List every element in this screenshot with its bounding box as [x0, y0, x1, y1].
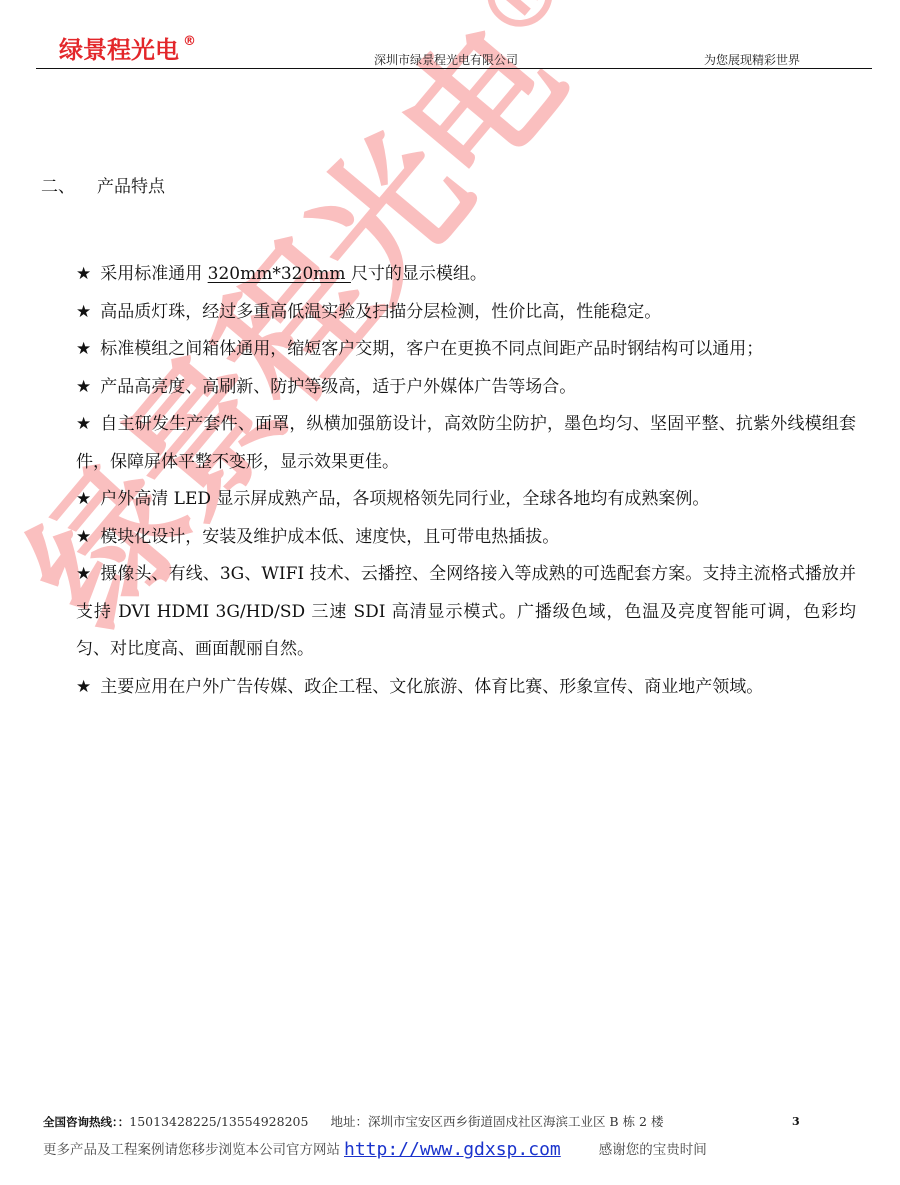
star-bullet-icon: ★	[76, 527, 91, 547]
hotline-numbers: 15013428225/13554928205	[129, 1114, 308, 1129]
feature-list: ★采用标准通用 320mm*320mm 尺寸的显示模组。 ★高品质灯珠，经过多重…	[76, 256, 856, 706]
feature-item: ★户外高清 LED 显示屏成熟产品，各项规格领先同行业，全球各地均有成熟案例。	[76, 481, 856, 519]
footer-contact-line: 全国咨询热线：：15013428225/13554928205地址：深圳市宝安区…	[43, 1112, 663, 1130]
star-bullet-icon: ★	[76, 564, 91, 584]
footer-website-line: 更多产品及工程案例请您移步浏览本公司官方网站http://www.gdxsp.c…	[43, 1138, 707, 1160]
feature-item: ★摄像头、有线、3G、WIFI 技术、云播控、全网络接入等成熟的可选配套方案。支…	[76, 556, 856, 669]
feature-text: 标准模组之间箱体通用，缩短客户交期，客户在更换不同点间距产品时钢结构可以通用；	[100, 339, 763, 359]
star-bullet-icon: ★	[76, 414, 91, 434]
star-bullet-icon: ★	[76, 339, 91, 359]
feature-text: 自主研发生产套件、面罩，纵横加强筋设计，高效防尘防护，墨色均匀、坚固平整、抗紫外…	[76, 414, 856, 472]
document-page: 绿景程光电® 绿景程光电 ® 深圳市绿景程光电有限公司 为您展现精彩世界 二、产…	[0, 0, 900, 1185]
feature-text: 高品质灯珠，经过多重高低温实验及扫描分层检测，性价比高，性能稳定。	[100, 302, 661, 322]
feature-item: ★采用标准通用 320mm*320mm 尺寸的显示模组。	[76, 256, 856, 294]
feature-text: 采用标准通用	[100, 264, 207, 284]
feature-text: 户外高清 LED 显示屏成熟产品，各项规格领先同行业，全球各地均有成熟案例。	[100, 489, 709, 509]
company-logo: 绿景程光电 ®	[59, 36, 179, 64]
header-divider	[36, 68, 872, 69]
feature-item: ★高品质灯珠，经过多重高低温实验及扫描分层检测，性价比高，性能稳定。	[76, 294, 856, 332]
feature-text: 产品高亮度、高刷新、防护等级高，适于户外媒体广告等场合。	[100, 377, 576, 397]
section-title: 产品特点	[97, 177, 165, 197]
feature-text: 摄像头、有线、3G、WIFI 技术、云播控、全网络接入等成熟的可选配套方案。支持…	[76, 564, 856, 659]
section-number: 二、	[41, 175, 97, 199]
star-bullet-icon: ★	[76, 302, 91, 322]
feature-text: 模块化设计，安装及维护成本低、速度快，且可带电热插拔。	[100, 527, 559, 547]
star-bullet-icon: ★	[76, 264, 91, 284]
star-bullet-icon: ★	[76, 489, 91, 509]
page-number: 3	[792, 1115, 800, 1128]
feature-item: ★产品高亮度、高刷新、防护等级高，适于户外媒体广告等场合。	[76, 369, 856, 407]
module-size-spec: 320mm*320mm	[208, 264, 351, 284]
feature-item: ★主要应用在户外广告传媒、政企工程、文化旅游、体育比赛、形象宣传、商业地产领域。	[76, 669, 856, 707]
company-address: 地址：深圳市宝安区西乡街道固戍社区海滨工业区 B 栋 2 楼	[330, 1114, 663, 1129]
hotline-label: 全国咨询热线：：	[43, 1115, 129, 1129]
section-heading: 二、产品特点	[41, 175, 165, 199]
thanks-text: 感谢您的宝贵时间	[599, 1142, 707, 1158]
star-bullet-icon: ★	[76, 677, 91, 697]
feature-item: ★标准模组之间箱体通用，缩短客户交期，客户在更换不同点间距产品时钢结构可以通用；	[76, 331, 856, 369]
registered-mark-icon: ®	[183, 28, 196, 56]
header-company-name: 深圳市绿景程光电有限公司	[374, 51, 518, 68]
feature-item: ★自主研发生产套件、面罩，纵横加强筋设计，高效防尘防护，墨色均匀、坚固平整、抗紫…	[76, 406, 856, 481]
header-slogan: 为您展现精彩世界	[704, 51, 800, 68]
feature-text: 尺寸的显示模组。	[351, 264, 487, 284]
website-link[interactable]: http://www.gdxsp.com	[344, 1139, 561, 1160]
logo-text: 绿景程光电	[59, 36, 179, 64]
website-prompt: 更多产品及工程案例请您移步浏览本公司官方网站	[43, 1142, 340, 1158]
feature-text: 主要应用在户外广告传媒、政企工程、文化旅游、体育比赛、形象宣传、商业地产领域。	[100, 677, 763, 697]
star-bullet-icon: ★	[76, 377, 91, 397]
feature-item: ★模块化设计，安装及维护成本低、速度快，且可带电热插拔。	[76, 519, 856, 557]
